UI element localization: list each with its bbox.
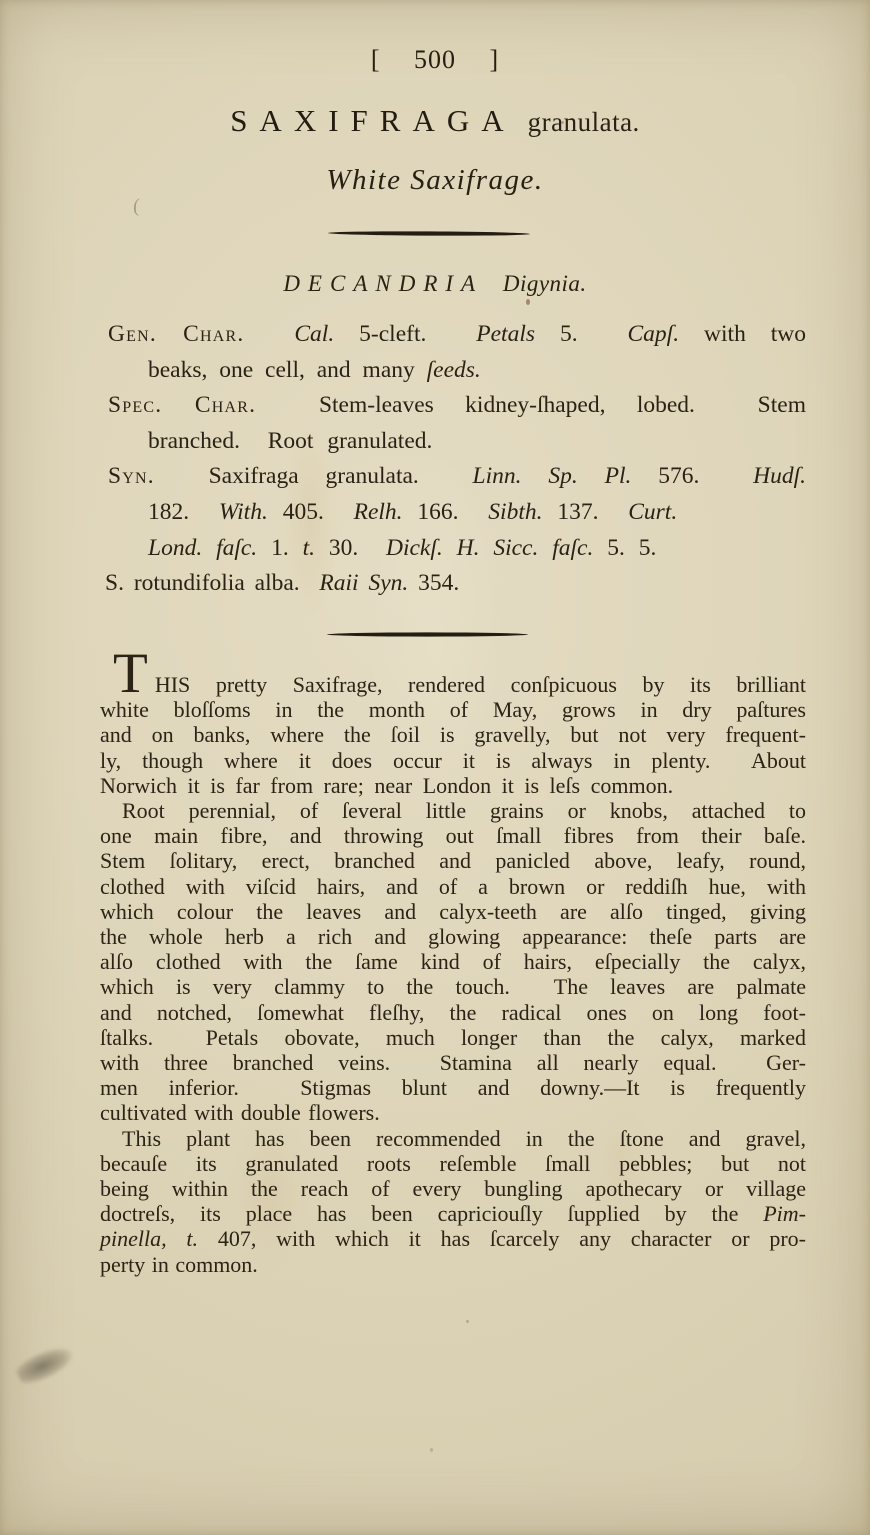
book-page: [ 500 ] SAXIFRAGA granulata. White Saxif…	[0, 0, 870, 1535]
text-line: S. rotundifolia alba. Raii Syn. 354.	[100, 566, 806, 602]
text-segment: Pim-	[763, 1201, 806, 1226]
text-line: Spec. Char. Stem-leaves kidney-ſhaped, l…	[100, 388, 806, 424]
text-line: being within the reach of every bungling…	[100, 1176, 806, 1201]
text-segment: Curt.	[628, 499, 677, 525]
text-segment: Stem-leaves kidney-ſhaped, lobed. Stem	[256, 392, 806, 418]
linnaean-classification: DECANDRIA Digynia.	[100, 271, 770, 297]
text-segment: Stem ſolitary, erect, branched and panic…	[100, 848, 806, 873]
bracket-right: ]	[490, 45, 500, 74]
text-segment: Spec. Char.	[108, 392, 256, 418]
drop-cap: T	[113, 663, 148, 684]
text-line: alſo clothed with the ſame kind of hairs…	[100, 949, 806, 974]
ink-speck	[466, 1320, 469, 1323]
text-segment: Saxifraga granulata.	[155, 463, 473, 489]
text-segment: This plant has been recommended in the ſ…	[122, 1126, 806, 1151]
text-line: THIS pretty Saxifrage, rendered conſpicu…	[100, 663, 806, 697]
text-line: Stem ſolitary, erect, branched and panic…	[100, 848, 806, 873]
text-segment: clothed with viſcid hairs, and of a brow…	[100, 874, 806, 899]
text-line: which colour the leaves and calyx-teeth …	[100, 899, 806, 924]
text-segment: the whole herb a rich and glowing appear…	[100, 924, 806, 949]
text-segment: Raii Syn.	[319, 570, 408, 596]
text-segment: white bloſſoms in the month of May, grow…	[100, 697, 806, 722]
text-segment: 30.	[315, 535, 386, 561]
text-segment: pinella, t.	[100, 1226, 198, 1251]
text-line: ſtalks. Petals obovate, much longer than…	[100, 1025, 806, 1050]
text-line: Norwich it is far from rare; near London…	[100, 773, 806, 798]
text-segment: Dickſ. H. Sicc. faſc.	[386, 535, 593, 561]
text-segment: Syn.	[108, 463, 155, 489]
text-segment: ſtalks. Petals obovate, much longer than…	[100, 1025, 806, 1050]
text-segment: beaks, one cell, and many	[148, 357, 427, 383]
ink-speck	[430, 1448, 433, 1452]
text-line: ly, though where it does occur it is alw…	[100, 748, 806, 773]
text-segment: which is very clammy to the touch. The l…	[100, 974, 806, 999]
species-epithet: granulata.	[528, 107, 640, 137]
text-segment: S. rotundifolia alba.	[105, 570, 319, 596]
stray-print-mark: (	[131, 196, 140, 219]
text-line: and on banks, where the ſoil is gravelly…	[100, 722, 806, 747]
text-segment: and on banks, where the ſoil is gravelly…	[100, 722, 806, 747]
text-line: with three branched veins. Stamina all n…	[100, 1050, 806, 1075]
text-segment: one main fibre, and throwing out ſmall f…	[100, 823, 806, 848]
text-segment: perty in common.	[100, 1252, 258, 1277]
text-segment: with three branched veins. Stamina all n…	[100, 1050, 806, 1075]
text-segment: 1.	[257, 535, 302, 561]
text-segment: and notched, ſomewhat fleſhy, the radica…	[100, 1000, 806, 1025]
text-segment: Capſ.	[628, 321, 680, 347]
text-segment: 407, with which it has ſcarcely any char…	[198, 1226, 806, 1251]
smudge-mark	[13, 1341, 77, 1388]
description-text: THIS pretty Saxifrage, rendered conſpicu…	[100, 663, 806, 1277]
text-line: 182. With. 405. Relh. 166. Sibth. 137. C…	[100, 495, 806, 531]
text-segment: Root perennial, of ſeveral little grains…	[122, 798, 806, 823]
text-segment: 405.	[268, 499, 354, 525]
text-line: perty in common.	[100, 1252, 806, 1277]
text-segment: Petals	[476, 321, 535, 347]
text-line: branched. Root granulated.	[100, 424, 806, 460]
text-segment: branched. Root granulated.	[148, 428, 432, 454]
text-segment: 182.	[148, 499, 219, 525]
text-segment	[244, 321, 294, 347]
genus-name: SAXIFRAGA	[230, 103, 515, 138]
text-segment: alſo clothed with the ſame kind of hairs…	[100, 949, 806, 974]
ornamental-rule-middle	[327, 632, 528, 637]
text-segment: Lond. faſc.	[148, 535, 257, 561]
page-number-value: 500	[414, 45, 456, 74]
text-line: and notched, ſomewhat fleſhy, the radica…	[100, 1000, 806, 1025]
character-synonymy-block: Gen. Char. Cal. 5-cleft. Petals 5. Capſ.…	[100, 317, 806, 602]
class-name: DECANDRIA	[283, 271, 483, 296]
text-line: pinella, t. 407, with which it has ſcarc…	[100, 1226, 806, 1251]
text-segment: Cal.	[294, 321, 334, 347]
text-segment: 5. 5.	[593, 535, 656, 561]
text-line: clothed with viſcid hairs, and of a brow…	[100, 874, 806, 899]
species-title: SAXIFRAGA granulata.	[100, 103, 770, 139]
text-line: white bloſſoms in the month of May, grow…	[100, 697, 806, 722]
text-line: which is very clammy to the touch. The l…	[100, 974, 806, 999]
text-segment: Gen. Char.	[108, 321, 244, 347]
text-line: beaks, one cell, and many ſeeds.	[100, 353, 806, 389]
text-segment: 5.	[535, 321, 627, 347]
text-segment: Norwich it is far from rare; near London…	[100, 773, 673, 798]
text-segment: being within the reach of every bungling…	[100, 1176, 806, 1201]
text-line: This plant has been recommended in the ſ…	[100, 1126, 806, 1151]
text-segment: Relh.	[354, 499, 403, 525]
text-segment: 137.	[542, 499, 628, 525]
bracket-left: [	[371, 45, 381, 74]
common-name: White Saxifrage.	[100, 164, 770, 197]
text-line: one main fibre, and throwing out ſmall f…	[100, 823, 806, 848]
ink-speck	[561, 121, 564, 124]
text-line: Lond. faſc. 1. t. 30. Dickſ. H. Sicc. fa…	[100, 531, 806, 567]
text-line: Root perennial, of ſeveral little grains…	[100, 798, 806, 823]
text-line: Syn. Saxifraga granulata. Linn. Sp. Pl. …	[100, 459, 806, 495]
text-segment: 5-cleft.	[334, 321, 476, 347]
text-segment: With.	[219, 499, 268, 525]
ink-speck	[526, 299, 530, 305]
text-segment: 354.	[408, 570, 459, 596]
text-line: cultivated with double flowers.	[100, 1100, 806, 1125]
text-line: Gen. Char. Cal. 5-cleft. Petals 5. Capſ.…	[100, 317, 806, 353]
text-segment: men inferior. Stigmas blunt and downy.—I…	[100, 1075, 806, 1100]
page-number: [ 500 ]	[100, 45, 770, 75]
text-segment: doctreſs, its place has been capriciouſl…	[100, 1201, 763, 1226]
text-segment: with two	[679, 321, 806, 347]
text-line: men inferior. Stigmas blunt and downy.—I…	[100, 1075, 806, 1100]
text-segment: t.	[303, 535, 315, 561]
text-segment: which colour the leaves and calyx-teeth …	[100, 899, 806, 924]
text-segment: Linn. Sp. Pl.	[473, 463, 632, 489]
text-segment: Sibth.	[488, 499, 542, 525]
text-line: doctreſs, its place has been capriciouſl…	[100, 1201, 806, 1226]
ornamental-rule-top	[328, 230, 530, 236]
text-segment: ſeeds.	[427, 357, 481, 383]
text-segment: HIS pretty Saxifrage, rendered conſpicuo…	[155, 672, 806, 697]
text-segment: Hudſ.	[753, 463, 806, 489]
text-segment: becauſe its granulated roots reſemble ſm…	[100, 1151, 806, 1176]
text-segment: cultivated with double flowers.	[100, 1100, 380, 1125]
text-segment: ly, though where it does occur it is alw…	[100, 748, 806, 773]
order-name: Digynia.	[503, 271, 587, 296]
text-line: the whole herb a rich and glowing appear…	[100, 924, 806, 949]
text-line: becauſe its granulated roots reſemble ſm…	[100, 1151, 806, 1176]
text-segment: 166.	[403, 499, 489, 525]
text-segment: 576.	[631, 463, 753, 489]
